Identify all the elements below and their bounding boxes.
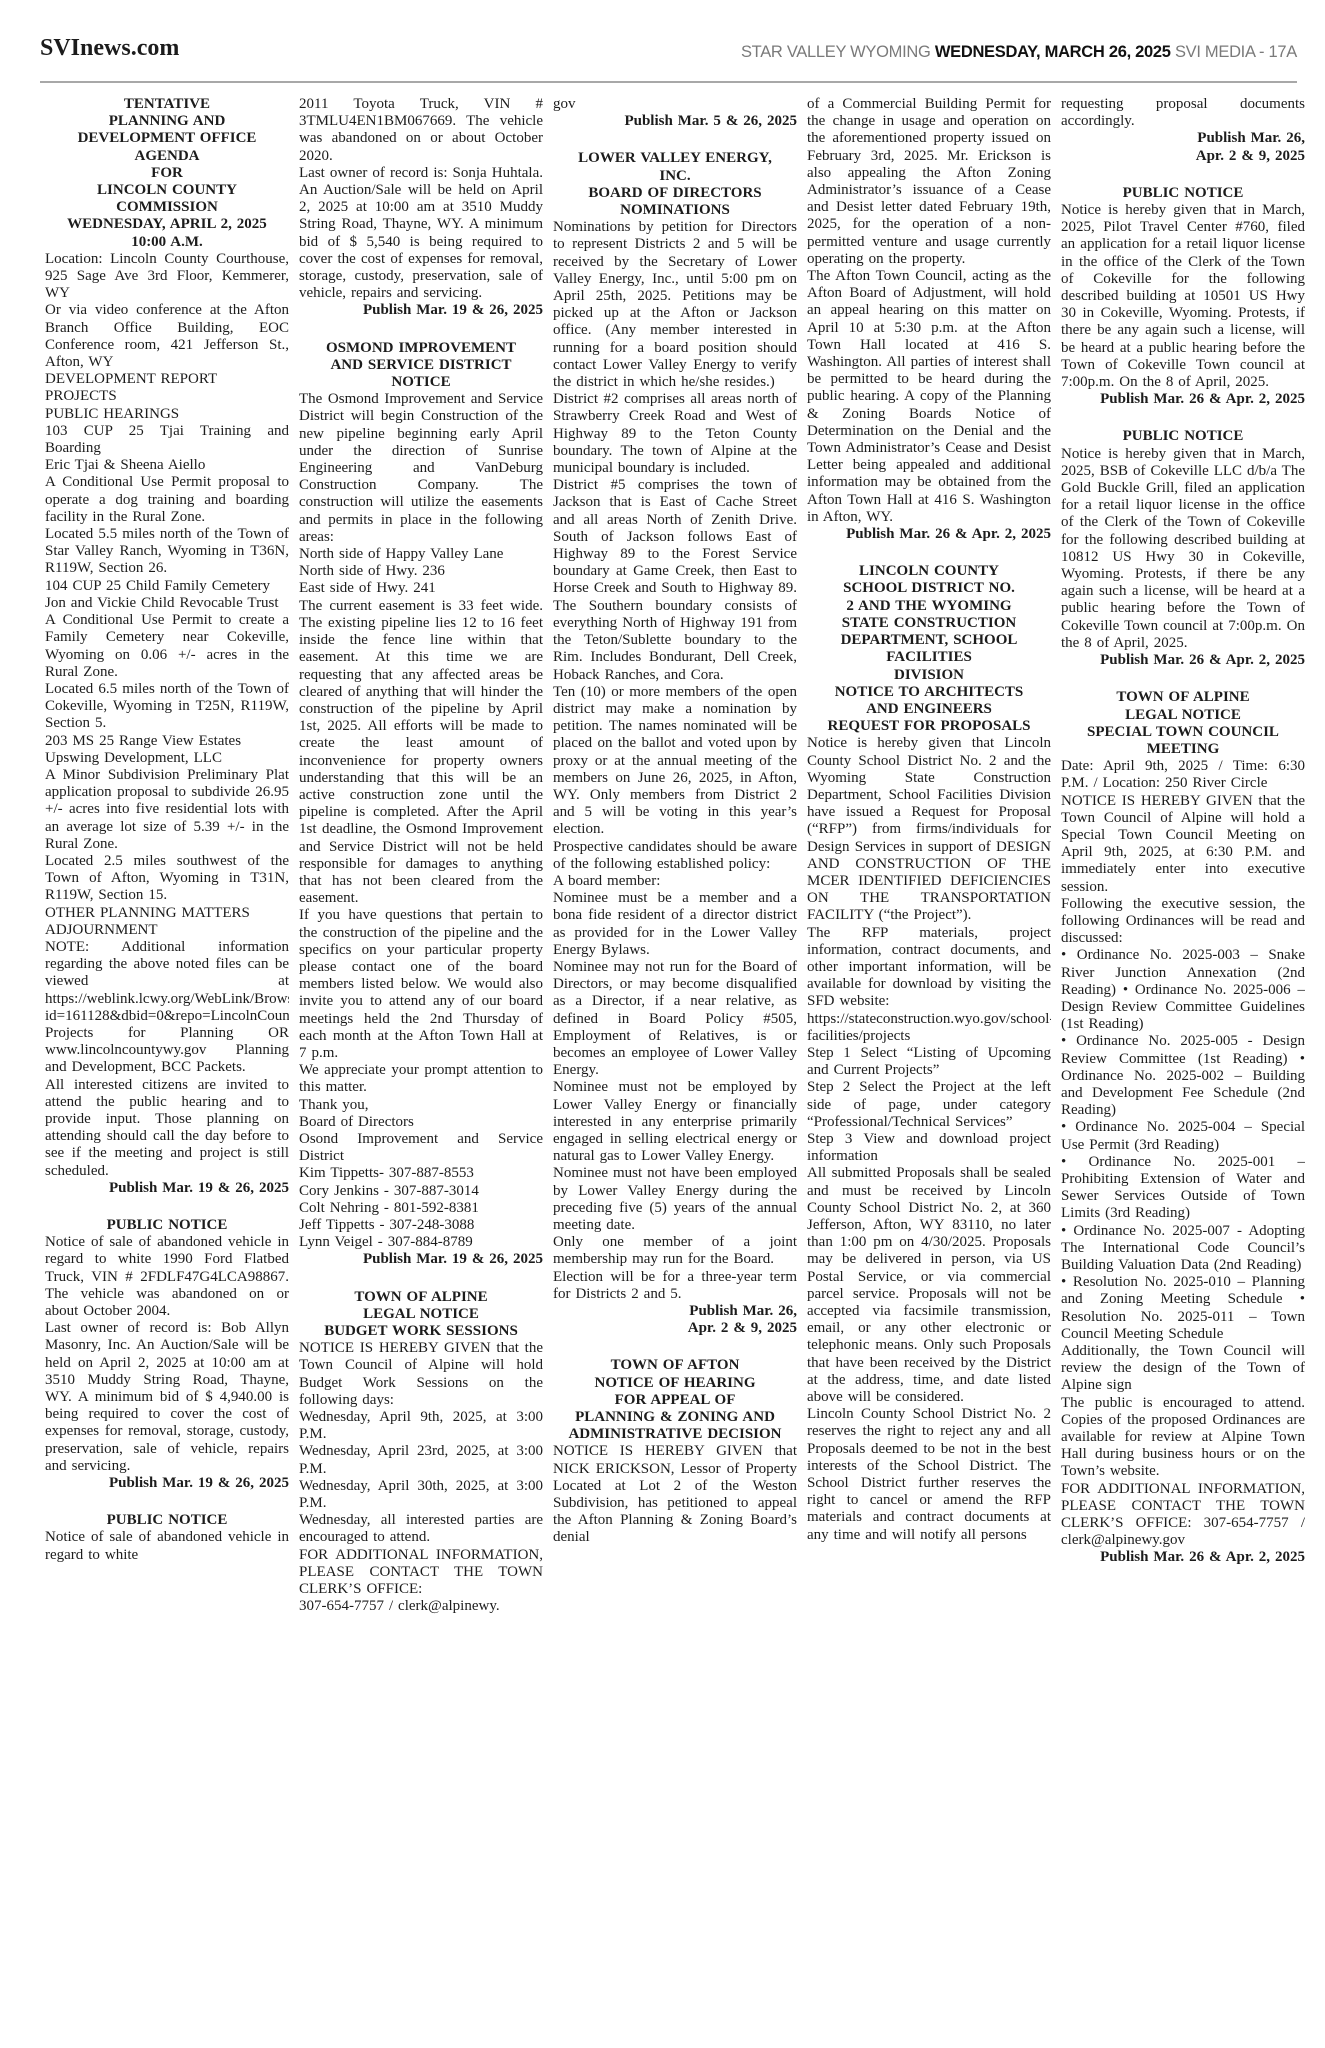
notice-heading-line: AGENDA [45,148,289,165]
notice-line: OTHER PLANNING MATTERS [45,905,289,922]
notice-publish-line: Publish Mar. 26 & Apr. 2, 2025 [1061,391,1305,408]
notice-paragraph: Projects for Planning OR www.lincolncoun… [45,1025,289,1077]
notice-publish-line: Publish Mar. 26, [553,1303,797,1320]
notice-heading-line: PUBLIC NOTICE [1061,428,1305,445]
notice-heading: PUBLIC NOTICE [45,1217,289,1234]
notice-heading-line: LINCOLN COUNTY [45,182,289,199]
notice-paragraph: The RFP materials, project information, … [807,925,1051,1011]
notice-paragraph: Prospective candidates should be aware o… [553,839,797,873]
notice-heading-line: TOWN OF AFTON [553,1357,797,1374]
notice-paragraph: 103 CUP 25 Tjai Training and Boarding [45,423,289,457]
notice-line: ADJOURNMENT [45,922,289,939]
notice-paragraph: Location: Lincoln County Courthouse, 925… [45,251,289,303]
notice-heading-line: DEPARTMENT, SCHOOL [807,632,1051,649]
notice-paragraph: Lincoln County School District No. 2 res… [807,1406,1051,1544]
notice-heading: TOWN OF ALPINELEGAL NOTICESPECIAL TOWN C… [1061,689,1305,758]
notice-heading-line: NOTICE TO ARCHITECTS [807,684,1051,701]
notice-publish: Publish Mar. 26,Apr. 2 & 9, 2025 [553,1303,797,1337]
notice-column: govPublish Mar. 5 & 26, 2025LOWER VALLEY… [553,96,797,2036]
masthead-rule [40,81,1297,83]
notice-heading-line: LEGAL NOTICE [1061,707,1305,724]
notice-paragraph: Wednesday, April 30th, 2025, at 3:00 P.M… [299,1478,543,1512]
notice-line: A board member: [553,873,797,890]
notice-publish-line: Publish Mar. 19 & 26, 2025 [299,1251,543,1268]
notice-paragraph: Notice of sale of abandoned vehicle in r… [45,1529,289,1563]
notice-heading-line: FACILITIES [807,649,1051,666]
notice-publish-line: Publish Mar. 26 & Apr. 2, 2025 [1061,652,1305,669]
notice-paragraph: Following the executive session, the fol… [1061,896,1305,948]
notice-paragraph: 104 CUP 25 Child Family Cemetery [45,578,289,595]
notice-heading-line: FOR [45,165,289,182]
notice-line: Colt Nehring - 801-592-8381 [299,1200,543,1217]
notice-heading-line: DEVELOPMENT OFFICE [45,130,289,147]
notice-publish-line: Publish Mar. 19 & 26, 2025 [45,1180,289,1197]
notice-publish-line: Publish Mar. 26 & Apr. 2, 2025 [807,526,1051,543]
notice-heading-line: SPECIAL TOWN COUNCIL [1061,724,1305,741]
notice-paragraph: NOTICE IS HEREBY GIVEN that NICK ERICKSO… [553,1443,797,1546]
notice-heading-line: REQUEST FOR PROPOSALS [807,718,1051,735]
notice-heading-line: PUBLIC NOTICE [45,1217,289,1234]
notice-paragraph: Or via video conference at the Afton Bra… [45,302,289,371]
notice-paragraph: The Osmond Improvement and Service Distr… [299,391,543,546]
notice-paragraph: The Afton Town Council, acting as the Af… [807,268,1051,526]
notice-publish-line: Publish Mar. 5 & 26, 2025 [553,113,797,130]
notice-paragraph: Last owner of record is: Sonja Huhtala. … [299,165,543,303]
notice-heading-line: AND SERVICE DISTRICT [299,357,543,374]
notice-paragraph: A Conditional Use Permit proposal to ope… [45,474,289,526]
masthead-edition: SVI MEDIA - 17A [1171,43,1297,61]
notice-paragraph: Ten (10) or more members of the open dis… [553,684,797,839]
notice-paragraph: The public is encouraged to attend. Copi… [1061,1395,1305,1481]
notice-column: of a Commercial Building Permit for the … [807,96,1051,2036]
notice-paragraph: Step 3 View and download project informa… [807,1131,1051,1165]
notice-line: Cory Jenkins - 307-887-3014 [299,1183,543,1200]
notice-paragraph: Wednesday, April 23rd, 2025, at 3:00 P.M… [299,1443,543,1477]
notice-heading-line: NOTICE OF HEARING [553,1375,797,1392]
notice-heading-line: TENTATIVE [45,96,289,113]
notice-line: Eric Tjai & Sheena Aiello [45,457,289,474]
notice-paragraph: District #2 comprises all areas north of… [553,391,797,477]
notice-heading-line: PLANNING AND [45,113,289,130]
notice-heading-line: COMMISSION [45,199,289,216]
notice-paragraph: Nominee must not have been employed by L… [553,1165,797,1234]
notice-heading-line: AND ENGINEERS [807,701,1051,718]
notice-paragraph: Wednesday, April 9th, 2025, at 3:00 P.M. [299,1409,543,1443]
notice-column: TENTATIVEPLANNING ANDDEVELOPMENT OFFICEA… [45,96,289,2036]
notice-heading-line: WEDNESDAY, APRIL 2, 2025 [45,216,289,233]
notice-paragraph: FOR ADDITIONAL INFORMATION, PLEASE CONTA… [299,1547,543,1599]
notice-heading-line: DIVISION [807,667,1051,684]
notice-paragraph: Election will be for a three-year term f… [553,1269,797,1303]
notice-paragraph: 307-654-7757 / clerk@alpinewy. [299,1598,543,1615]
notice-paragraph: requesting proposal documents accordingl… [1061,96,1305,130]
notice-paragraph: Step 2 Select the Project at the left si… [807,1079,1051,1131]
notice-paragraph: Notice is hereby given that in March, 20… [1061,202,1305,391]
notice-heading-line: 2 AND THE WYOMING [807,598,1051,615]
notice-line: North side of Happy Valley Lane [299,546,543,563]
notice-publish-line: Publish Mar. 19 & 26, 2025 [299,302,543,319]
notice-heading-line: 10:00 A.M. [45,234,289,251]
notice-paragraph: A Minor Subdivision Preliminary Plat app… [45,767,289,853]
notice-paragraph: Notice is hereby given that in March, 20… [1061,446,1305,652]
notice-heading-line: OSMOND IMPROVEMENT [299,340,543,357]
masthead: SVInews.com STAR VALLEY WYOMING WEDNESDA… [40,36,1297,60]
notice-paragraph: NOTICE IS HEREBY GIVEN that the Town Cou… [299,1340,543,1409]
notice-paragraph: Nominee must be a member and a bona fide… [553,890,797,959]
notice-heading-line: PUBLIC NOTICE [45,1512,289,1529]
notice-paragraph: Located 2.5 miles southwest of the Town … [45,853,289,905]
masthead-location: STAR VALLEY WYOMING [741,43,935,61]
notice-heading-line: NOMINATIONS [553,202,797,219]
notice-line: Jeff Tippetts - 307-248-3088 [299,1217,543,1234]
notice-heading: PUBLIC NOTICE [1061,185,1305,202]
masthead-site: SVInews.com [40,36,179,60]
notice-paragraph: • Ordinance No. 2025-004 – Special Use P… [1061,1119,1305,1153]
notice-heading: TOWN OF ALPINELEGAL NOTICEBUDGET WORK SE… [299,1289,543,1341]
notice-line: gov [553,96,797,113]
notice-heading-line: STATE CONSTRUCTION [807,615,1051,632]
notice-paragraph: We appreciate your prompt attention to t… [299,1062,543,1096]
notice-paragraph: Located 6.5 miles north of the Town of C… [45,681,289,733]
notice-heading-line: BUDGET WORK SESSIONS [299,1323,543,1340]
notice-publish-line: Apr. 2 & 9, 2025 [553,1320,797,1337]
notice-line: PUBLIC HEARINGS [45,406,289,423]
notice-heading-line: ADMINISTRATIVE DECISION [553,1426,797,1443]
notice-line: Kim Tippetts- 307-887-8553 [299,1165,543,1182]
notice-paragraph: Last owner of record is: Bob Allyn Mason… [45,1320,289,1475]
notice-paragraph: FOR ADDITIONAL INFORMATION, PLEASE CONTA… [1061,1481,1305,1550]
notice-paragraph: The current easement is 33 feet wide. Th… [299,598,543,908]
notice-heading: PUBLIC NOTICE [1061,428,1305,445]
notice-line: 203 MS 25 Range View Estates [45,733,289,750]
notice-paragraph: Nominee may not run for the Board of Dir… [553,959,797,1079]
notice-paragraph: Located 5.5 miles north of the Town of S… [45,526,289,578]
notice-publish-line: Apr. 2 & 9, 2025 [1061,148,1305,165]
notice-heading-line: NOTICE [299,374,543,391]
masthead-date: WEDNESDAY, MARCH 26, 2025 [935,43,1171,61]
notice-heading-line: MEETING [1061,741,1305,758]
notice-paragraph: 2011 Toyota Truck, VIN # 3TMLU4EN1BM0676… [299,96,543,165]
notice-paragraph: Only one member of a joint membership ma… [553,1234,797,1268]
notice-line: Board of Directors [299,1114,543,1131]
notice-heading-line: TOWN OF ALPINE [299,1289,543,1306]
notice-paragraph: https://stateconstruction.wyo.gov/school… [807,1011,1051,1045]
notice-paragraph: Wednesday, all interested parties are en… [299,1512,543,1546]
notice-line: Lynn Veigel - 307-884-8789 [299,1234,543,1251]
notice-column: 2011 Toyota Truck, VIN # 3TMLU4EN1BM0676… [299,96,543,2036]
notice-paragraph: Nominee must not be employed by Lower Va… [553,1079,797,1165]
notice-paragraph: Date: April 9th, 2025 / Time: 6:30 P.M. … [1061,758,1305,792]
notice-paragraph: • Ordinance No. 2025-007 - Adopting The … [1061,1223,1305,1275]
notice-paragraph: Jon and Vickie Child Revocable Trust [45,595,289,612]
notice-paragraph: A Conditional Use Permit to create a Fam… [45,612,289,681]
notice-publish-line: Publish Mar. 19 & 26, 2025 [45,1475,289,1492]
notice-heading-line: LINCOLN COUNTY [807,563,1051,580]
notice-paragraph: • Ordinance No. 2025-005 - Design Review… [1061,1033,1305,1119]
notice-paragraph: NOTICE IS HEREBY GIVEN that the Town Cou… [1061,793,1305,896]
notices-columns: TENTATIVEPLANNING ANDDEVELOPMENT OFFICEA… [45,96,1305,2036]
notice-line: DEVELOPMENT REPORT PROJECTS [45,371,289,405]
notice-heading: LOWER VALLEY ENERGY,INC.BOARD OF DIRECTO… [553,150,797,219]
notice-paragraph: All submitted Proposals shall be sealed … [807,1165,1051,1406]
notice-publish-line: Publish Mar. 26, [1061,130,1305,147]
notice-paragraph: All interested citizens are invited to a… [45,1077,289,1180]
notice-heading-line: BOARD OF DIRECTORS [553,185,797,202]
notice-line: Upswing Development, LLC [45,750,289,767]
notice-paragraph: Osond Improvement and Service District [299,1131,543,1165]
notice-heading-line: PLANNING & ZONING AND [553,1409,797,1426]
notice-heading-line: INC. [553,168,797,185]
notice-heading: LINCOLN COUNTYSCHOOL DISTRICT NO.2 AND T… [807,563,1051,735]
notice-paragraph: • Ordinance No. 2025-001 – Prohibiting E… [1061,1154,1305,1223]
notice-paragraph: Notice is hereby given that Lincoln Coun… [807,735,1051,924]
notice-column: requesting proposal documents accordingl… [1061,96,1305,2036]
notice-paragraph: • Ordinance No. 2025-003 – Snake River J… [1061,947,1305,1033]
notice-heading: TOWN OF AFTONNOTICE OF HEARINGFOR APPEAL… [553,1357,797,1443]
notice-paragraph: Step 1 Select “Listing of Upcoming and C… [807,1045,1051,1079]
notice-heading-line: SCHOOL DISTRICT NO. [807,580,1051,597]
notice-heading-line: PUBLIC NOTICE [1061,185,1305,202]
notice-line: Thank you, [299,1097,543,1114]
notice-paragraph: of a Commercial Building Permit for the … [807,96,1051,268]
notice-line: East side of Hwy. 241 [299,580,543,597]
notice-paragraph: If you have questions that pertain to th… [299,907,543,1062]
notice-paragraph: Additionally, the Town Council will revi… [1061,1343,1305,1395]
notice-heading-line: FOR APPEAL OF [553,1392,797,1409]
notice-paragraph: Notice of sale of abandoned vehicle in r… [45,1234,289,1320]
masthead-issue: STAR VALLEY WYOMING WEDNESDAY, MARCH 26,… [741,44,1297,61]
notice-heading: OSMOND IMPROVEMENTAND SERVICE DISTRICTNO… [299,340,543,392]
notice-paragraph: Nominations by petition for Directors to… [553,219,797,391]
notice-paragraph: • Resolution No. 2025-010 – Planning and… [1061,1274,1305,1343]
notice-publish: Publish Mar. 26,Apr. 2 & 9, 2025 [1061,130,1305,164]
notice-publish-line: Publish Mar. 26 & Apr. 2, 2025 [1061,1549,1305,1566]
notice-heading-line: TOWN OF ALPINE [1061,689,1305,706]
newspaper-page: SVInews.com STAR VALLEY WYOMING WEDNESDA… [0,0,1325,2048]
notice-heading-line: LOWER VALLEY ENERGY, [553,150,797,167]
notice-paragraph: NOTE: Additional information regarding t… [45,939,289,1025]
notice-heading: TENTATIVEPLANNING ANDDEVELOPMENT OFFICEA… [45,96,289,251]
notice-heading: PUBLIC NOTICE [45,1512,289,1529]
notice-line: North side of Hwy. 236 [299,563,543,580]
notice-heading-line: LEGAL NOTICE [299,1306,543,1323]
notice-paragraph: District #5 comprises the town of Jackso… [553,477,797,683]
